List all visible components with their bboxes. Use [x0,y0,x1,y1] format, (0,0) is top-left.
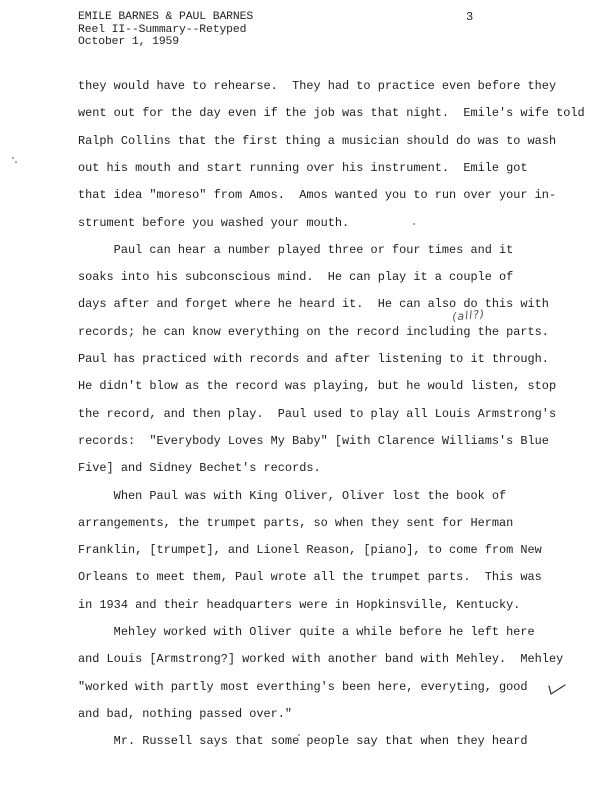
text-line: arrangements, the trumpet parts, so when… [78,515,513,531]
text-line: that idea "moreso" from Amos. Amos wante… [78,187,556,203]
text-line: soaks into his subconscious mind. He can… [78,269,513,285]
checkmark-icon [547,682,567,696]
text-line: Paul can hear a number played three or f… [78,242,513,258]
text-line: When Paul was with King Oliver, Oliver l… [78,488,506,504]
scan-speck [298,734,300,736]
header-date: October 1, 1959 [78,36,253,49]
scan-speck [413,223,415,225]
page-number: 3 [466,10,473,24]
text-line: went out for the day even if the job was… [78,105,585,121]
text-line: Five] and Sidney Bechet's records. [78,460,321,476]
text-line: the record, and then play. Paul used to … [78,406,556,422]
document-page: EMILE BARNES & PAUL BARNES Reel II--Summ… [0,0,612,792]
document-header: EMILE BARNES & PAUL BARNES Reel II--Summ… [78,11,253,49]
text-line: Paul has practiced with records and afte… [78,351,549,367]
text-line: records: "Everybody Loves My Baby" [with… [78,433,549,449]
text-line: Orleans to meet them, Paul wrote all the… [78,569,542,585]
text-line: He didn't blow as the record was playing… [78,378,556,394]
text-line: out his mouth and start running over his… [78,160,528,176]
text-line: Mr. Russell says that some people say th… [78,733,528,749]
header-reel: Reel II--Summary--Retyped [78,24,253,37]
text-line: they would have to rehearse. They had to… [78,78,556,94]
text-line: "worked with partly most everthing's bee… [78,679,528,695]
text-line: and Louis [Armstrong?] worked with anoth… [78,651,563,667]
scan-speck [12,157,14,159]
text-line: Franklin, [trumpet], and Lionel Reason, … [78,542,542,558]
text-line: in 1934 and their headquarters were in H… [78,597,520,613]
text-line: strument before you washed your mouth. [78,215,349,231]
text-line: Mehley worked with Oliver quite a while … [78,624,535,640]
scan-speck [15,161,17,163]
handwritten-note: (all?) [451,307,485,323]
header-names: EMILE BARNES & PAUL BARNES [78,11,253,24]
text-line: Ralph Collins that the first thing a mus… [78,133,556,149]
text-line: records; he can know everything on the r… [78,324,549,340]
text-line: and bad, nothing passed over." [78,706,292,722]
